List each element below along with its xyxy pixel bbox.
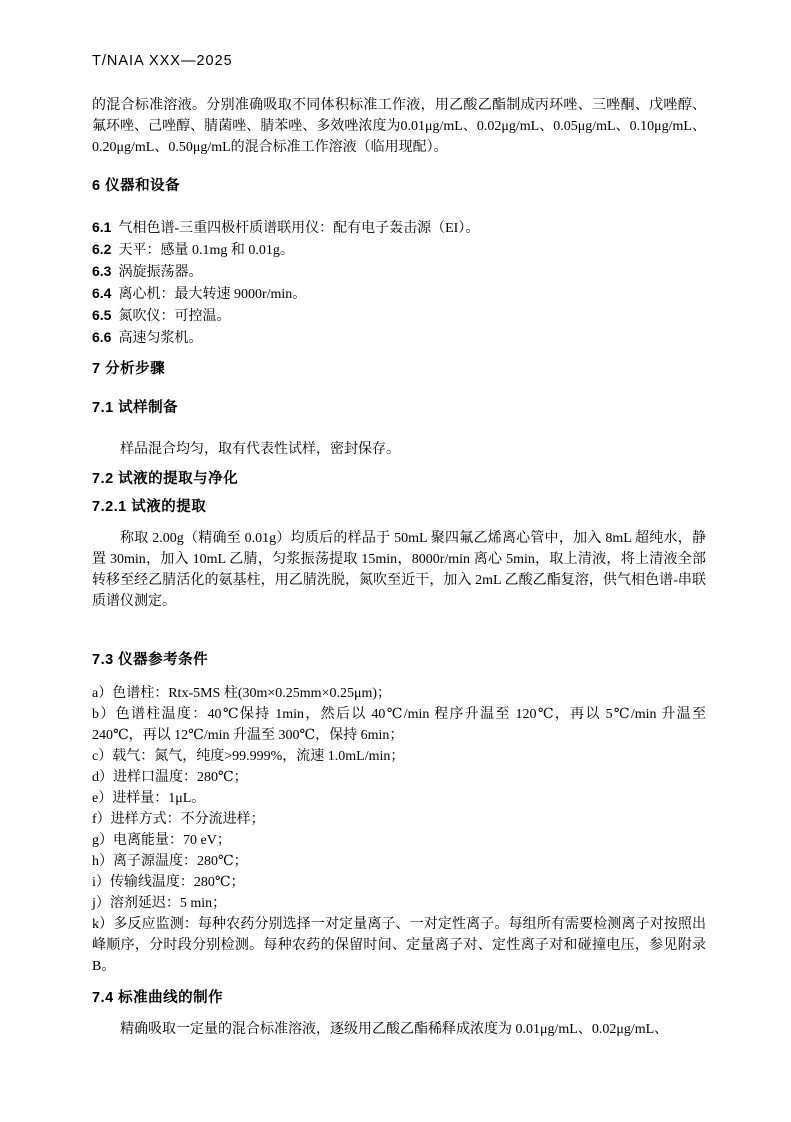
equipment-item: 6.3涡旋振荡器。 bbox=[92, 261, 706, 283]
equipment-item: 6.4离心机：最大转速 9000r/min。 bbox=[92, 283, 706, 305]
section-7-2-heading: 7.2 试液的提取与净化 bbox=[92, 469, 706, 490]
clause-number: 6.5 bbox=[92, 307, 111, 323]
condition-item-f: f）进样方式：不分流进样； bbox=[92, 809, 706, 830]
section-7-2-1-paragraph: 称取 2.00g（精确至 0.01g）均质后的样品于 50mL 聚四氟乙烯离心管… bbox=[92, 528, 706, 612]
clause-text: 气相色谱-三重四极杆质谱联用仪：配有电子轰击源（EI）。 bbox=[118, 221, 479, 236]
section-7-3-heading: 7.3 仪器参考条件 bbox=[92, 650, 706, 671]
equipment-item: 6.1气相色谱-三重四极杆质谱联用仪：配有电子轰击源（EI）。 bbox=[92, 217, 706, 239]
condition-item-k: k）多反应监测：每种农药分别选择一对定量离子、一对定性离子。每组所有需要检测离子… bbox=[92, 914, 706, 977]
condition-item-c: c）载气：氮气，纯度>99.999%，流速 1.0mL/min； bbox=[92, 746, 706, 767]
condition-item-h: h）离子源温度：280℃； bbox=[92, 851, 706, 872]
section-7-heading: 7 分析步骤 bbox=[92, 359, 706, 380]
equipment-item: 6.5氮吹仪：可控温。 bbox=[92, 305, 706, 327]
instrument-conditions-list: a）色谱柱：Rtx-5MS 柱(30m×0.25mm×0.25μm)； b）色谱… bbox=[92, 683, 706, 977]
clause-number: 6.3 bbox=[92, 263, 111, 279]
clause-text: 离心机：最大转速 9000r/min。 bbox=[118, 287, 306, 302]
section-6-heading: 6 仪器和设备 bbox=[92, 176, 706, 197]
clause-number: 6.1 bbox=[92, 219, 111, 235]
condition-item-a: a）色谱柱：Rtx-5MS 柱(30m×0.25mm×0.25μm)； bbox=[92, 683, 706, 704]
condition-item-d: d）进样口温度：280℃； bbox=[92, 767, 706, 788]
condition-item-e: e）进样量：1μL。 bbox=[92, 788, 706, 809]
condition-item-b: b）色谱柱温度：40℃保持 1min，然后以 40℃/min 程序升温至 120… bbox=[92, 704, 706, 746]
condition-item-g: g）电离能量：70 eV； bbox=[92, 830, 706, 851]
clause-text: 高速匀浆机。 bbox=[118, 331, 202, 346]
condition-item-j: j）溶剂延迟：5 min； bbox=[92, 893, 706, 914]
equipment-list: 6.1气相色谱-三重四极杆质谱联用仪：配有电子轰击源（EI）。 6.2天平：感量… bbox=[92, 217, 706, 349]
section-7-4-paragraph: 精确吸取一定量的混合标准溶液，逐级用乙酸乙酯稀释成浓度为 0.01μg/mL、0… bbox=[92, 1019, 706, 1040]
section-7-2-1-heading: 7.2.1 试液的提取 bbox=[92, 497, 706, 518]
clause-text: 氮吹仪：可控温。 bbox=[118, 309, 230, 324]
condition-item-i: i）传输线温度：280℃； bbox=[92, 872, 706, 893]
clause-number: 6.6 bbox=[92, 329, 111, 345]
clause-number: 6.4 bbox=[92, 285, 111, 301]
clause-text: 涡旋振荡器。 bbox=[118, 265, 202, 280]
clause-text: 天平：感量 0.1mg 和 0.01g。 bbox=[118, 243, 293, 258]
equipment-item: 6.2天平：感量 0.1mg 和 0.01g。 bbox=[92, 239, 706, 261]
intro-paragraph: 的混合标准溶液。分别准确吸取不同体积标准工作液，用乙酸乙酯制成丙环唑、三唑酮、戊… bbox=[92, 95, 706, 158]
section-7-1-paragraph: 样品混合均匀，取有代表性试样，密封保存。 bbox=[92, 439, 706, 460]
standard-number-header: T/NAIA XXX—2025 bbox=[92, 52, 706, 70]
section-7-4-heading: 7.4 标准曲线的制作 bbox=[92, 988, 706, 1009]
clause-number: 6.2 bbox=[92, 241, 111, 257]
document-page: T/NAIA XXX—2025 的混合标准溶液。分别准确吸取不同体积标准工作液，… bbox=[0, 0, 791, 1122]
equipment-item: 6.6高速匀浆机。 bbox=[92, 327, 706, 349]
section-7-1-heading: 7.1 试样制备 bbox=[92, 398, 706, 419]
